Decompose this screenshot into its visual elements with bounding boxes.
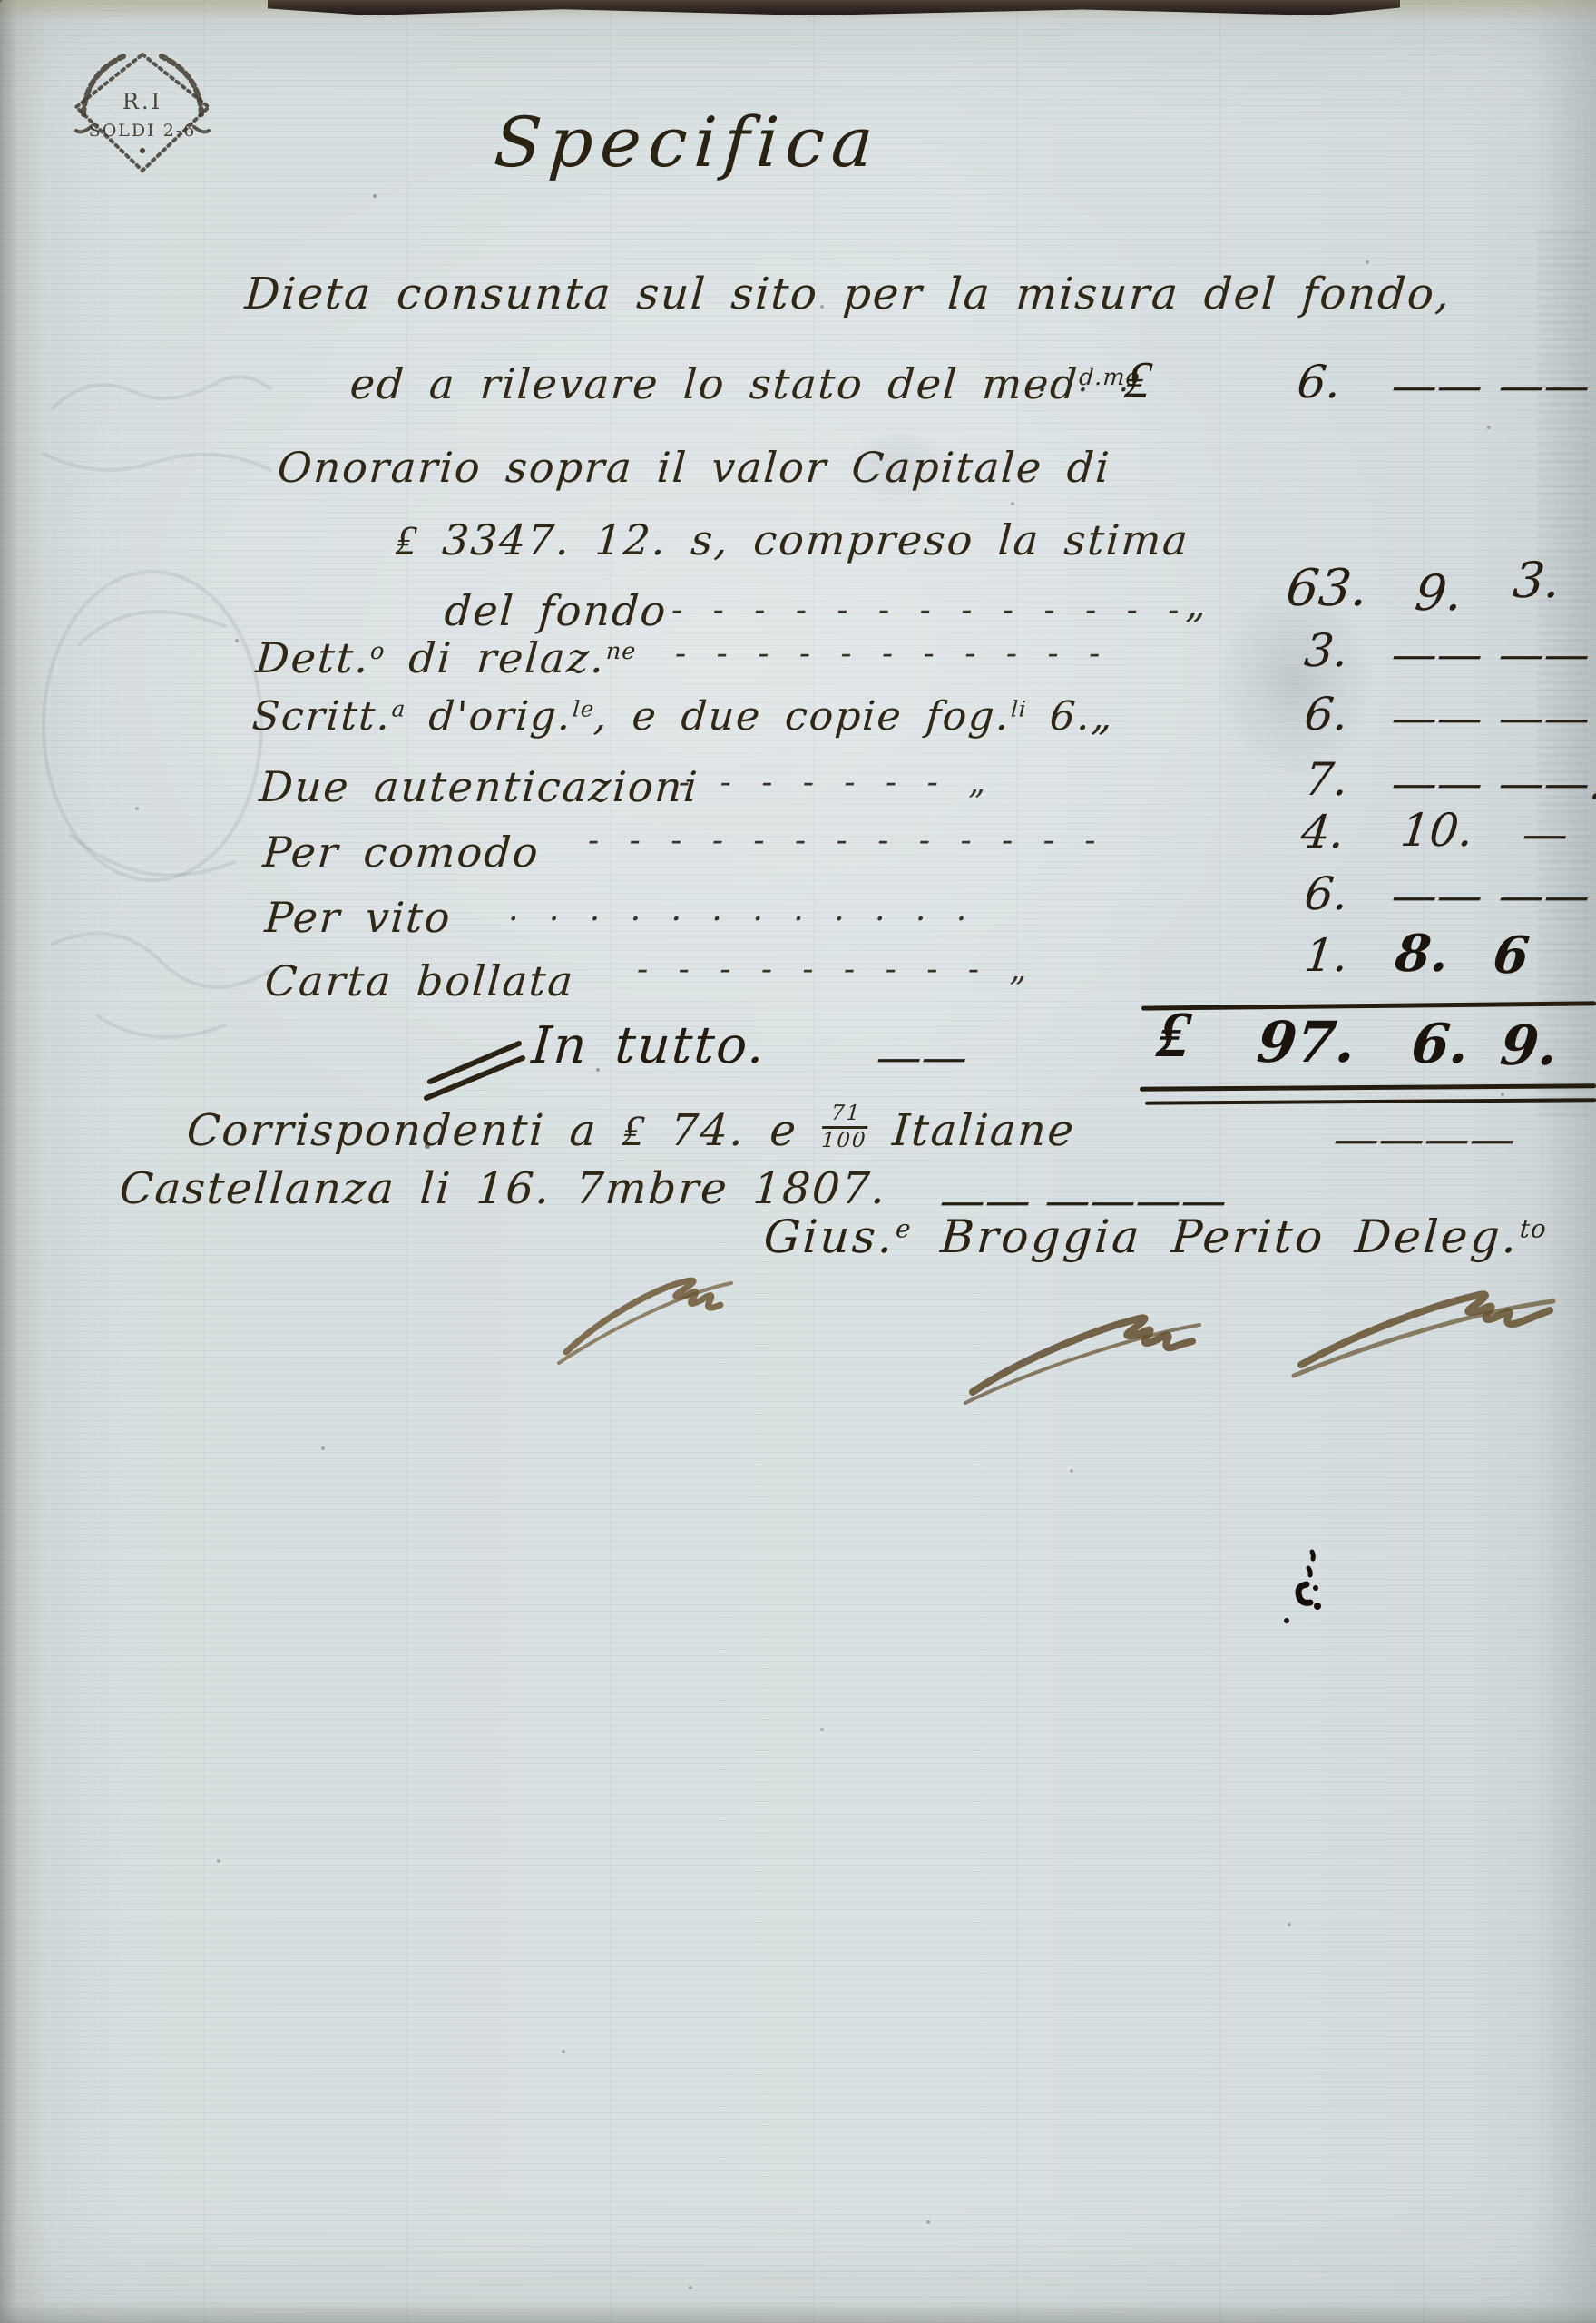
row-7-amount-soldi: ——	[1389, 869, 1485, 922]
total-rule-bottom-2	[1145, 1098, 1596, 1104]
row-8-amount-denari: 6	[1491, 926, 1532, 985]
row-6-leader: - - - - - - - - - - - - -	[588, 822, 1105, 859]
row-3-amount-denari: ——	[1496, 628, 1592, 681]
row-2-ditto: „	[1185, 581, 1216, 627]
flourish-equals	[417, 1034, 535, 1107]
row-8-amount-lire: 1.	[1302, 929, 1351, 982]
signature-flourish-2	[955, 1292, 1227, 1410]
row-3-leader: - - - - - - - - - - -	[675, 635, 1110, 672]
row-1-amount-lire: 6.	[1295, 356, 1344, 408]
invoice-row-6: Per comodo	[261, 828, 541, 877]
total-rule-top	[1141, 1001, 1596, 1010]
row-8-amount-soldi: 8.	[1393, 924, 1452, 984]
fraction: 71100	[821, 1103, 870, 1152]
signature-line: Gius.e Broggia Perito Deleg.to	[762, 1211, 1548, 1263]
stamp-line1: R.I	[122, 89, 162, 114]
paper-speckles	[0, 0, 2, 2]
row-6-amount-lire: 4.	[1298, 806, 1347, 858]
row-1-amount-soldi: ——	[1389, 359, 1485, 412]
row-4-amount-soldi: ——	[1389, 691, 1485, 744]
row-1-leader: · · · ·	[996, 372, 1139, 409]
invoice-row-8: Carta bollata	[263, 956, 576, 1005]
row-5-leader: - - - - - - - „	[679, 764, 995, 801]
invoice-row-2-line3: del fondo	[443, 586, 669, 635]
row-4-amount-denari: ——	[1496, 691, 1592, 744]
row-7-leader: . . . . . . . . . . . .	[508, 891, 976, 928]
manuscript-page: R.I SOLDI 2-6 Specifica Dieta consunta s…	[0, 0, 1596, 2323]
row-5-amount-denari: ——.	[1496, 757, 1596, 809]
invoice-row-3: Dett.o di relaz.ne	[254, 633, 638, 682]
invoice-row-1-line1: Dieta consunta sul sito per la misura de…	[243, 269, 1453, 319]
ink-blot	[1276, 1541, 1366, 1632]
signature-flourish-3	[1281, 1270, 1572, 1379]
invoice-row-4: Scritt.a d'orig.le, e due copie fog.li 6…	[250, 693, 1115, 740]
paper-top-edge	[0, 0, 1596, 24]
total-label-dash: ——	[874, 1031, 970, 1083]
row-8-leader: - - - - - - - - - „	[637, 951, 1036, 988]
total-label: In tutto.	[530, 1016, 769, 1075]
row-3-amount-lire: 3.	[1302, 624, 1351, 677]
total-currency: ₤	[1153, 995, 1194, 1073]
row-6-amount-denari: —	[1520, 808, 1571, 860]
row-3-amount-soldi: ——	[1389, 628, 1485, 681]
total-amount-lire: 97.	[1254, 1009, 1359, 1075]
row-5-amount-lire: 7.	[1302, 753, 1351, 806]
invoice-row-5: Due autenticazioni	[258, 762, 700, 811]
signature-flourish-1	[550, 1261, 768, 1370]
row-4-amount-lire: 6.	[1302, 688, 1351, 740]
invoice-row-2-line2: ₤ 3347. 12. s, compreso la stima	[394, 515, 1191, 564]
watermark	[16, 345, 289, 1089]
row-2-amount-denari: 3.	[1511, 552, 1563, 609]
row-2-leader: - - - - - - - - - - - - -	[671, 592, 1189, 629]
row-2-amount-soldi: 9.	[1413, 564, 1465, 622]
paper-bottom-edge	[0, 2301, 1596, 2323]
stamp-line2: SOLDI 2-6	[89, 121, 197, 141]
row-1-currency: ₤	[1121, 348, 1154, 410]
row-1-amount-denari: ——	[1496, 359, 1592, 412]
conversion-line: Corrispondenti a ₤ 74. e 71100 Italiane	[185, 1103, 1077, 1156]
row-6-amount-soldi: 10.	[1398, 804, 1476, 857]
invoice-row-7: Per vito	[263, 893, 453, 942]
document-title: Specifica	[492, 102, 883, 182]
row-7-amount-denari: ——	[1496, 869, 1592, 922]
revenue-stamp: R.I SOLDI 2-6	[67, 44, 218, 180]
invoice-row-2-line1: Onorario sopra il valor Capitale di	[276, 443, 1112, 492]
total-rule-bottom-1	[1140, 1083, 1596, 1092]
total-amount-soldi: 6.	[1408, 1013, 1472, 1076]
conversion-trail-dash: ————	[1331, 1112, 1518, 1165]
row-2-amount-lire: 63.	[1284, 559, 1371, 618]
row-7-amount-lire: 6.	[1302, 867, 1351, 920]
place-date-line: Castellanza li 16. 7mbre 1807.	[118, 1163, 888, 1214]
paper-left-edge	[0, 0, 18, 2323]
total-amount-denari: 9.	[1497, 1014, 1561, 1078]
row-5-amount-soldi: ——	[1389, 757, 1485, 809]
